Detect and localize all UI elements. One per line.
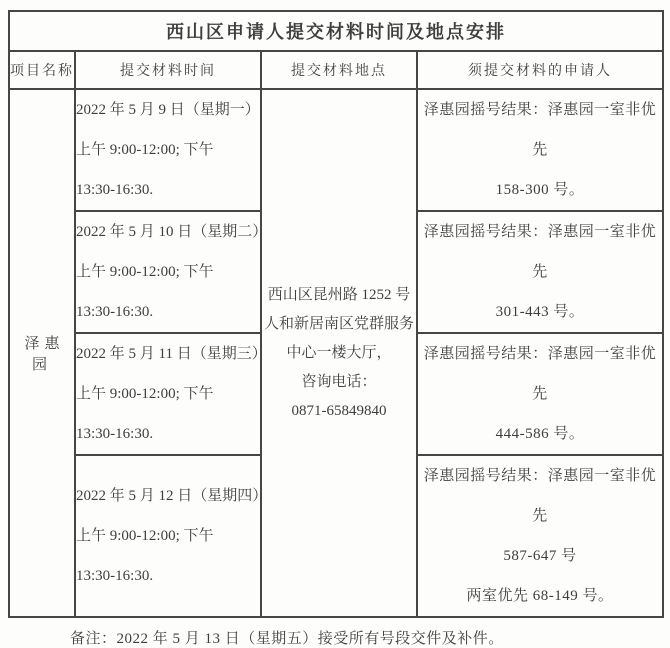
applicant-range-line: 301-443 号。 <box>418 292 662 332</box>
time-afternoon-line: 13:30-16:30. <box>76 292 260 332</box>
time-date-line: 2022 年 5 月 11 日（星期三） <box>76 334 260 374</box>
applicant-cell-row3: 泽惠园摇号结果：泽惠园一室非优先 444-586 号。 <box>417 333 663 455</box>
applicant-cell-row1: 泽惠园摇号结果：泽惠园一室非优先 158-300 号。 <box>417 89 663 211</box>
footer-note: 备注：2022 年 5 月 13 日（星期五）接受所有号段交件及补件。 <box>8 627 662 648</box>
time-morning-line: 上午 9:00-12:00; 下午 <box>76 516 260 556</box>
location-cell: 西山区昆州路 1252 号 人和新居南区党群服务 中心一楼大厅， 咨询电话： 0… <box>261 89 417 617</box>
time-date-line: 2022 年 5 月 9 日（星期一） <box>76 90 260 130</box>
applicant-range-line: 587-647 号 <box>418 536 662 576</box>
project-name-cell: 泽惠园 <box>9 89 75 617</box>
applicant-priority-line: 两室优先 68-149 号。 <box>418 576 662 616</box>
applicant-result-line: 泽惠园摇号结果：泽惠园一室非优先 <box>418 90 662 170</box>
title-row: 西山区申请人提交材料时间及地点安排 <box>9 11 663 51</box>
applicant-cell-row4: 泽惠园摇号结果：泽惠园一室非优先 587-647 号 两室优先 68-149 号… <box>417 455 663 617</box>
time-date-line: 2022 年 5 月 10 日（星期二） <box>76 212 260 252</box>
time-morning-line: 上午 9:00-12:00; 下午 <box>76 130 260 170</box>
time-afternoon-line: 13:30-16:30. <box>76 414 260 454</box>
table-row: 泽惠园 2022 年 5 月 9 日（星期一） 上午 9:00-12:00; 下… <box>9 89 663 211</box>
time-morning-line: 上午 9:00-12:00; 下午 <box>76 374 260 414</box>
applicant-result-line: 泽惠园摇号结果：泽惠园一室非优先 <box>418 334 662 414</box>
document-page: 西山区申请人提交材料时间及地点安排 项目名称 提交材料时间 提交材料地点 须提交… <box>0 0 670 608</box>
column-header-applicant: 须提交材料的申请人 <box>417 51 663 89</box>
column-header-location: 提交材料地点 <box>261 51 417 89</box>
time-cell-row1: 2022 年 5 月 9 日（星期一） 上午 9:00-12:00; 下午 13… <box>75 89 261 211</box>
location-line: 咨询电话： <box>262 368 416 397</box>
column-header-project: 项目名称 <box>9 51 75 89</box>
location-phone: 0871-65849840 <box>262 397 416 426</box>
page-title: 西山区申请人提交材料时间及地点安排 <box>9 11 663 51</box>
time-afternoon-line: 13:30-16:30. <box>76 170 260 210</box>
applicant-range-line: 444-586 号。 <box>418 414 662 454</box>
time-cell-row2: 2022 年 5 月 10 日（星期二） 上午 9:00-12:00; 下午 1… <box>75 211 261 333</box>
location-line: 西山区昆州路 1252 号 <box>262 281 416 310</box>
column-header-time: 提交材料时间 <box>75 51 261 89</box>
time-morning-line: 上午 9:00-12:00; 下午 <box>76 252 260 292</box>
applicant-cell-row2: 泽惠园摇号结果：泽惠园一室非优先 301-443 号。 <box>417 211 663 333</box>
applicant-range-line: 158-300 号。 <box>418 170 662 210</box>
time-date-line: 2022 年 5 月 12 日（星期四） <box>76 476 260 516</box>
time-afternoon-line: 13:30-16:30. <box>76 556 260 596</box>
schedule-table: 西山区申请人提交材料时间及地点安排 项目名称 提交材料时间 提交材料地点 须提交… <box>8 10 664 618</box>
location-line: 中心一楼大厅， <box>262 339 416 368</box>
header-row: 项目名称 提交材料时间 提交材料地点 须提交材料的申请人 <box>9 51 663 89</box>
time-cell-row4: 2022 年 5 月 12 日（星期四） 上午 9:00-12:00; 下午 1… <box>75 455 261 617</box>
time-cell-row3: 2022 年 5 月 11 日（星期三） 上午 9:00-12:00; 下午 1… <box>75 333 261 455</box>
applicant-result-line: 泽惠园摇号结果：泽惠园一室非优先 <box>418 456 662 536</box>
applicant-result-line: 泽惠园摇号结果：泽惠园一室非优先 <box>418 212 662 292</box>
location-line: 人和新居南区党群服务 <box>262 310 416 339</box>
